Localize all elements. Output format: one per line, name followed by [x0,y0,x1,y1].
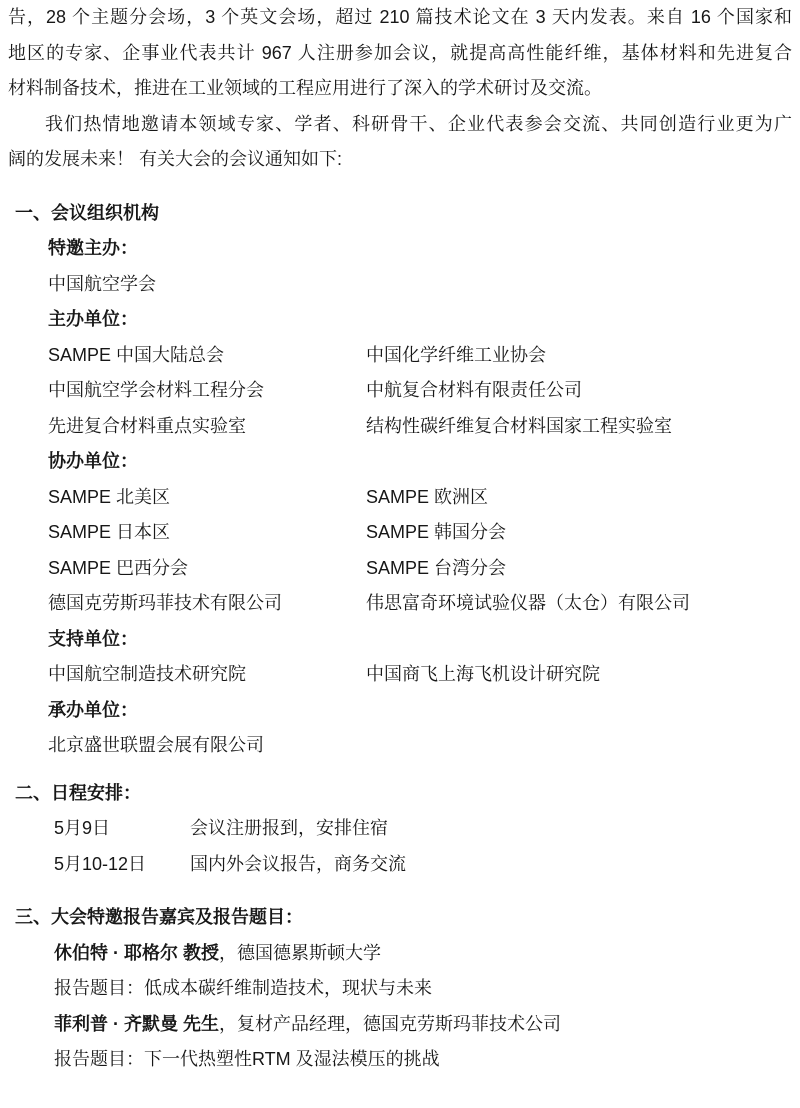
org-group-label-undertaker: 承办单位： [8,693,792,729]
org-row: 德国克劳斯玛菲技术有限公司 伟思富奇环境试验仪器（太仓）有限公司 [8,586,792,622]
section-speakers: 三、大会特邀报告嘉宾及报告题目： 休伯特 · 耶格尔 教授，德国德累斯顿大学 报… [8,900,792,1078]
org-row: SAMPE 北美区 SAMPE 欧洲区 [8,480,792,516]
speaker-line: 休伯特 · 耶格尔 教授，德国德累斯顿大学 [8,936,792,972]
org-name: 中国商飞上海飞机设计研究院 [366,657,792,693]
intro-line-3: 材料制备技术，推进在工业领域的工程应用进行了深入的学术研讨及交流。 [8,71,792,107]
org-name: 北京盛世联盟会展有限公司 [48,728,366,764]
org-name: 结构性碳纤维复合材料国家工程实验室 [366,409,792,445]
org-name: 德国克劳斯玛菲技术有限公司 [48,586,366,622]
org-name: 中国航空制造技术研究院 [48,657,366,693]
org-name: SAMPE 台湾分会 [366,551,792,587]
intro-paragraph-2: 我们热情地邀请本领域专家、学者、科研骨干、企业代表参会交流、共同创造行业更为广 … [8,107,792,178]
org-row: 北京盛世联盟会展有限公司 [8,728,792,764]
org-name: SAMPE 巴西分会 [48,551,366,587]
schedule-date: 5月10-12日 [54,847,190,883]
org-group-label-coorganizer: 协办单位： [8,444,792,480]
intro-line-1: 告，28 个主题分会场，3 个英文会场，超过 210 篇技术论文在 3 天内发表… [8,0,792,36]
org-group-label-host: 主办单位： [8,302,792,338]
org-row: SAMPE 巴西分会 SAMPE 台湾分会 [8,551,792,587]
intro-line-2: 地区的专家、企事业代表共计 967 人注册参加会议，就提高高性能纤维，基体材料和… [8,36,792,72]
section-organization: 一、会议组织机构 特邀主办： 中国航空学会 主办单位： SAMPE 中国大陆总会… [8,196,792,764]
org-row: 中国航空学会 [8,267,792,303]
section-3-heading: 三、大会特邀报告嘉宾及报告题目： [8,900,792,936]
org-name: SAMPE 欧洲区 [366,480,792,516]
document-page: 告，28 个主题分会场，3 个英文会场，超过 210 篇技术论文在 3 天内发表… [0,0,800,1078]
report-topic: 报告题目：下一代热塑性RTM 及湿法模压的挑战 [8,1042,792,1078]
org-name: SAMPE 中国大陆总会 [48,338,366,374]
org-row: SAMPE 中国大陆总会 中国化学纤维工业协会 [8,338,792,374]
org-name: SAMPE 韩国分会 [366,515,792,551]
section-2-heading: 二、日程安排： [8,776,792,812]
org-name: 伟思富奇环境试验仪器（太仓）有限公司 [366,586,792,622]
org-row: SAMPE 日本区 SAMPE 韩国分会 [8,515,792,551]
speaker-affiliation: ，德国德累斯顿大学 [219,943,381,963]
org-row: 中国航空学会材料工程分会 中航复合材料有限责任公司 [8,373,792,409]
section-schedule: 二、日程安排： 5月9日 会议注册报到，安排住宿 5月10-12日 国内外会议报… [8,776,792,883]
speaker-name: 休伯特 · 耶格尔 教授 [54,943,219,963]
schedule-activity: 会议注册报到，安排住宿 [190,811,792,847]
org-name: 中航复合材料有限责任公司 [366,373,792,409]
org-row: 先进复合材料重点实验室 结构性碳纤维复合材料国家工程实验室 [8,409,792,445]
org-row: 中国航空制造技术研究院 中国商飞上海飞机设计研究院 [8,657,792,693]
org-name: 中国航空学会材料工程分会 [48,373,366,409]
speaker-affiliation: ，复材产品经理，德国克劳斯玛菲技术公司 [219,1014,561,1034]
intro-line-5: 阔的发展未来！ 有关大会的会议通知如下: [8,142,792,178]
org-group-label-invited-host: 特邀主办： [8,231,792,267]
org-name: SAMPE 北美区 [48,480,366,516]
org-name: 中国化学纤维工业协会 [366,338,792,374]
speaker-name: 菲利普 · 齐默曼 先生 [54,1014,219,1034]
schedule-date: 5月9日 [54,811,190,847]
org-name: 先进复合材料重点实验室 [48,409,366,445]
org-name [366,267,792,303]
org-group-label-supporter: 支持单位： [8,622,792,658]
report-topic: 报告题目：低成本碳纤维制造技术，现状与未来 [8,971,792,1007]
schedule-row: 5月9日 会议注册报到，安排住宿 [8,811,792,847]
schedule-row: 5月10-12日 国内外会议报告，商务交流 [8,847,792,883]
org-name: SAMPE 日本区 [48,515,366,551]
intro-paragraph-1: 告，28 个主题分会场，3 个英文会场，超过 210 篇技术论文在 3 天内发表… [8,0,792,107]
org-name [366,728,792,764]
org-name: 中国航空学会 [48,267,366,303]
section-1-heading: 一、会议组织机构 [8,196,792,232]
intro-line-4: 我们热情地邀请本领域专家、学者、科研骨干、企业代表参会交流、共同创造行业更为广 [8,107,792,143]
speaker-line: 菲利普 · 齐默曼 先生，复材产品经理，德国克劳斯玛菲技术公司 [8,1007,792,1043]
schedule-activity: 国内外会议报告，商务交流 [190,847,792,883]
